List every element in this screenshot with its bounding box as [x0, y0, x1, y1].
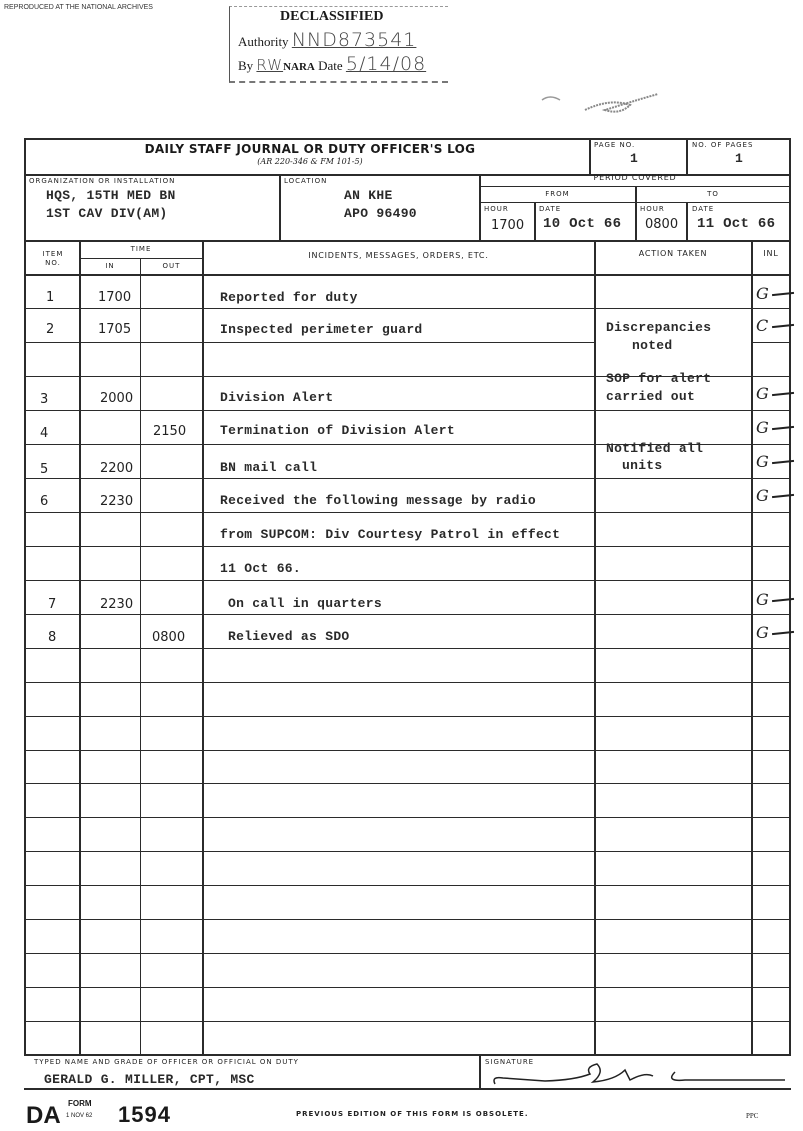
- stamp-by-row: By RWNARA Date 5/14/08: [238, 53, 426, 75]
- row-action-cont: noted: [632, 338, 673, 353]
- organization-label: ORGANIZATION OR INSTALLATION: [29, 177, 175, 185]
- stray-pen-mark-icon: [540, 90, 670, 120]
- initials-handwritten-icon: G: [756, 418, 769, 437]
- location-line2: APO 96490: [344, 206, 417, 221]
- initials-handwritten-icon: G: [756, 452, 769, 471]
- row-incident: On call in quarters: [228, 596, 382, 611]
- row-action: Notified all: [606, 441, 703, 456]
- initials-handwritten-icon: C: [756, 316, 768, 335]
- form-subtitle: (AR 220-346 & FM 101-5): [80, 157, 540, 166]
- header-in: IN: [80, 262, 140, 270]
- row-item: 4: [40, 426, 48, 441]
- to-hour-value: 0800: [645, 217, 678, 232]
- row-incident: BN mail call: [220, 460, 317, 475]
- obsolete-note: PREVIOUS EDITION OF THIS FORM IS OBSOLET…: [296, 1110, 529, 1118]
- row-item: 1: [46, 290, 54, 305]
- page-no-value: 1: [630, 151, 638, 166]
- row-time-in: 2200: [100, 461, 133, 476]
- row-time-in: 2230: [100, 494, 133, 509]
- page-no-label: PAGE NO.: [594, 141, 635, 149]
- stamp-date-value: 5/14/08: [346, 53, 426, 75]
- from-date-value: 10 Oct 66: [543, 216, 621, 232]
- from-date-label: DATE: [539, 205, 561, 213]
- row-item: 3: [40, 392, 48, 407]
- stamp-authority-row: Authority NND873541: [238, 29, 416, 51]
- row-action-cont: carried out: [606, 389, 695, 404]
- to-label: TO: [636, 190, 790, 198]
- stamp-by-value: RW: [256, 56, 283, 74]
- initials-handwritten-icon: G: [756, 590, 769, 609]
- declassified-stamp: DECLASSIFIED Authority NND873541 By RWNA…: [229, 6, 448, 83]
- header-action-taken: ACTION TAKEN: [595, 249, 751, 258]
- officer-label: TYPED NAME AND GRADE OF OFFICER OR OFFIC…: [34, 1058, 299, 1066]
- initials-handwritten-icon: G: [756, 284, 769, 303]
- to-date-label: DATE: [692, 205, 714, 213]
- row-item: 2: [46, 322, 54, 337]
- form-word: FORM: [68, 1100, 92, 1108]
- to-date-value: 11 Oct 66: [697, 216, 775, 232]
- row-incident: Division Alert: [220, 390, 333, 405]
- row-time-in: 1705: [98, 322, 131, 337]
- header-out: OUT: [141, 262, 202, 270]
- row-item: 7: [48, 597, 56, 612]
- initials-handwritten-icon: G: [756, 486, 769, 505]
- from-label: FROM: [480, 190, 635, 198]
- organization-line2: 1ST CAV DIV(AM): [46, 206, 168, 221]
- header-item-line2: NO.: [26, 259, 80, 267]
- row-action: SOP for alert: [606, 371, 711, 386]
- form-number: 1594: [118, 1102, 171, 1128]
- from-hour-value: 1700: [491, 218, 524, 233]
- row-item: 6: [40, 494, 48, 509]
- row-item: 5: [40, 462, 48, 477]
- row-incident: Reported for duty: [220, 290, 358, 305]
- row-incident: Inspected perimeter guard: [220, 322, 423, 337]
- form-prefix: DA: [26, 1102, 61, 1130]
- row-incident-cont: 11 Oct 66.: [220, 561, 301, 576]
- form-date: 1 NOV 62: [66, 1113, 92, 1119]
- row-incident: Received the following message by radio: [220, 493, 536, 508]
- row-incident: Termination of Division Alert: [220, 423, 455, 438]
- no-of-pages-label: NO. OF PAGES: [692, 141, 753, 149]
- row-action: Discrepancies: [606, 320, 711, 335]
- row-incident: Relieved as SDO: [228, 629, 350, 644]
- archive-note: REPRODUCED AT THE NATIONAL ARCHIVES: [4, 4, 153, 11]
- officer-name: GERALD G. MILLER, CPT, MSC: [44, 1072, 255, 1087]
- no-of-pages-value: 1: [735, 151, 743, 166]
- stamp-title: DECLASSIFIED: [280, 9, 383, 25]
- period-covered-label: PERIOD COVERED: [480, 173, 790, 182]
- initials-handwritten-icon: G: [756, 384, 769, 403]
- row-action-cont: units: [622, 458, 663, 473]
- organization-line1: HQS, 15TH MED BN: [46, 188, 176, 203]
- from-hour-label: HOUR: [484, 205, 509, 213]
- stamp-by-label: By: [238, 58, 253, 73]
- header-inl: INL: [752, 249, 790, 258]
- stamp-authority-label: Authority: [238, 34, 289, 49]
- row-time-out: 0800: [152, 630, 185, 645]
- form-title: DAILY STAFF JOURNAL OR DUTY OFFICER'S LO…: [80, 142, 540, 156]
- row-incident-cont: from SUPCOM: Div Courtesy Patrol in effe…: [220, 527, 560, 542]
- to-hour-label: HOUR: [640, 205, 665, 213]
- initials-handwritten-icon: G: [756, 623, 769, 642]
- header-item-line1: ITEM: [26, 250, 80, 258]
- row-item: 8: [48, 630, 56, 645]
- header-time: TIME: [80, 245, 202, 253]
- row-time-out: 2150: [153, 424, 186, 439]
- printer-code: PPC: [746, 1112, 758, 1120]
- stamp-authority-value: NND873541: [292, 29, 417, 51]
- row-time-in: 2000: [100, 391, 133, 406]
- row-time-in: 1700: [98, 290, 131, 305]
- stamp-agency: NARA: [283, 61, 315, 73]
- row-time-in: 2230: [100, 597, 133, 612]
- location-label: LOCATION: [284, 177, 327, 185]
- header-incidents: INCIDENTS, MESSAGES, ORDERS, ETC.: [203, 251, 594, 260]
- stamp-date-label: Date: [318, 58, 343, 73]
- location-line1: AN KHE: [344, 188, 393, 203]
